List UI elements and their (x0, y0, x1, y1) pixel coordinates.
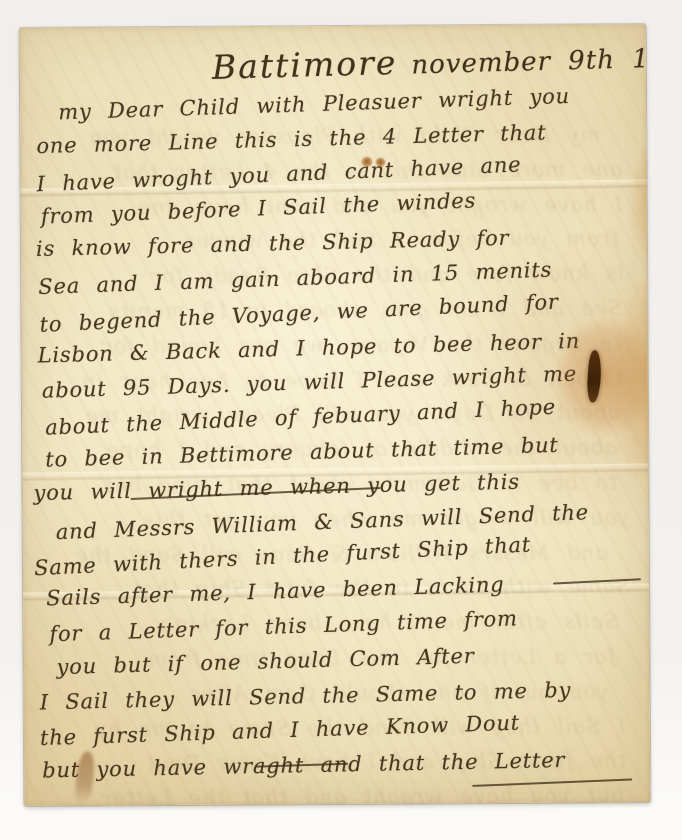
letter-line: but you have wraght and that the Letter (42, 748, 566, 782)
letter-line: my Dear Child with Pleasuer wright you (58, 84, 570, 125)
scanned-letter-view: my Dear Child with Pleasuer wright youon… (0, 0, 682, 840)
letter-line: to begend the Voyage, we are bound for (39, 289, 559, 336)
letter-line: one more Line this is the 4 Letter that (36, 120, 547, 158)
letter-line: you will wright me when you get this (33, 469, 520, 504)
letter-line: Lisbon & Back and I hope to bee heor in (37, 328, 580, 367)
letter-line: from you before I Sail the windes (40, 189, 476, 229)
letter-body: my Dear Child with Pleasuer wright youon… (20, 24, 651, 806)
ink-spatter-dots (375, 158, 385, 167)
letter-line: the furst Ship and I have Know Dout (40, 711, 521, 750)
letter-line: about the Middle of febuary and I hope (45, 395, 557, 440)
letter-line: you but if one should Com After (56, 644, 475, 679)
ink-spatter-dots (361, 157, 372, 167)
letter-line: is know fore and the Ship Ready for (36, 226, 510, 261)
letter-page: my Dear Child with Pleasuer wright youon… (20, 24, 651, 806)
letter-line: I Sail they will Send the Same to me by (40, 678, 572, 715)
letter-line: to bee in Bettimore about that time but (45, 433, 559, 472)
letter-line: Sails after me, I have been Lacking (46, 573, 505, 611)
letter-line: for a Letter for this Long time from (49, 606, 518, 646)
